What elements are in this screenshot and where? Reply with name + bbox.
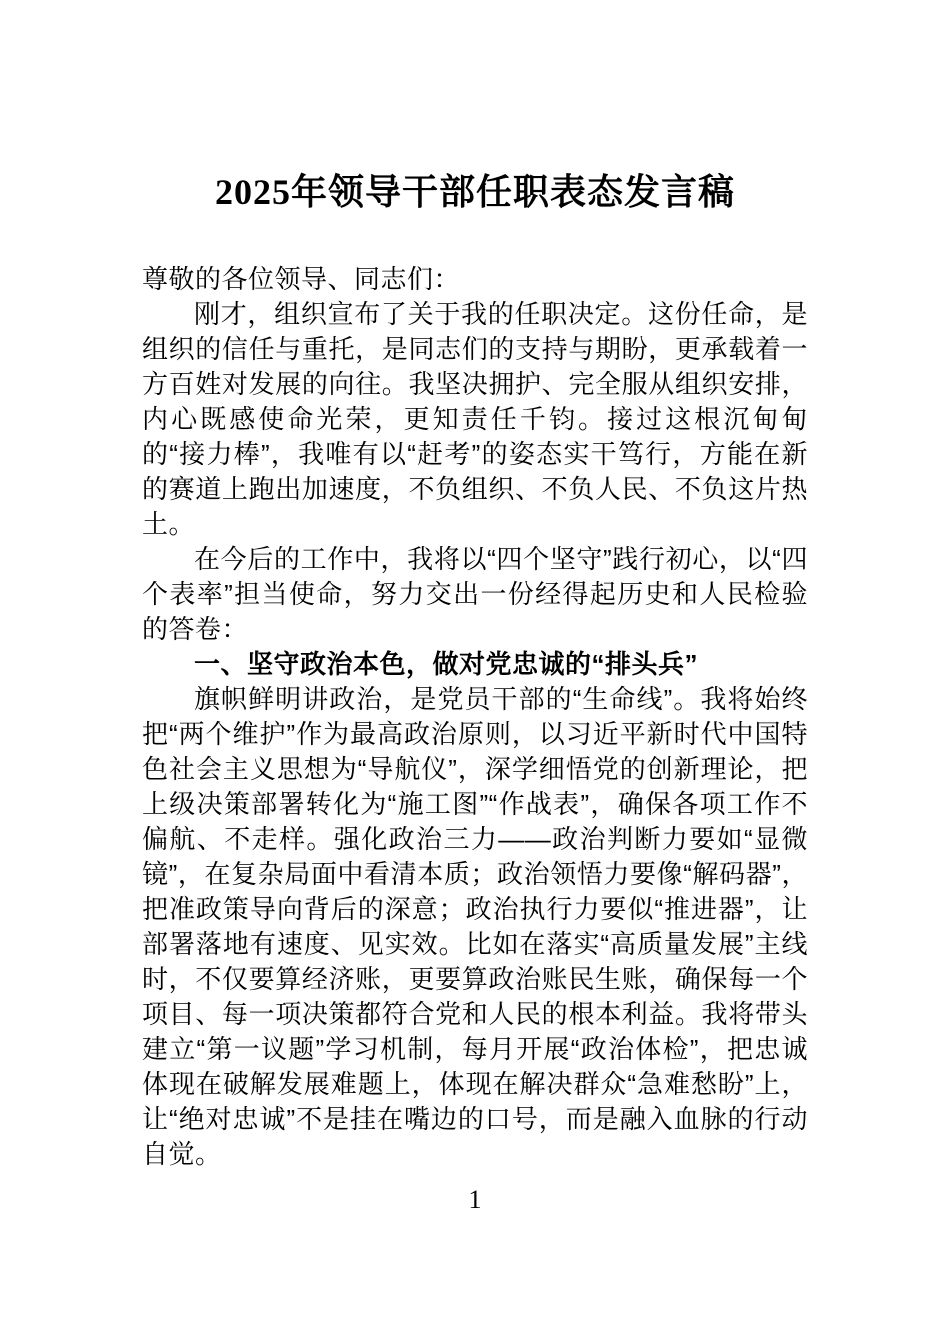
paragraph-section-1-body: 旗帜鲜明讲政治，是党员干部的“生命线”。我将始终把“两个维护”作为最高政治原则，… xyxy=(142,682,808,1172)
page-number: 1 xyxy=(0,1186,950,1214)
document-page: 2025年领导干部任职表态发言稿 尊敬的各位领导、同志们： 刚才，组织宣布了关于… xyxy=(0,0,950,1344)
paragraph-transition: 在今后的工作中，我将以“四个坚守”践行初心，以“四个表率”担当使命，努力交出一份… xyxy=(142,542,808,647)
section-heading-1: 一、坚守政治本色，做对党忠诚的“排头兵” xyxy=(142,647,808,682)
document-body: 尊敬的各位领导、同志们： 刚才，组织宣布了关于我的任职决定。这份任命，是组织的信… xyxy=(142,262,808,1172)
paragraph-opening: 刚才，组织宣布了关于我的任职决定。这份任命，是组织的信任与重托，是同志们的支持与… xyxy=(142,297,808,542)
document-title: 2025年领导干部任职表态发言稿 xyxy=(142,0,808,214)
paragraph-salutation: 尊敬的各位领导、同志们： xyxy=(142,262,808,297)
document-content: 2025年领导干部任职表态发言稿 尊敬的各位领导、同志们： 刚才，组织宣布了关于… xyxy=(142,0,808,1172)
